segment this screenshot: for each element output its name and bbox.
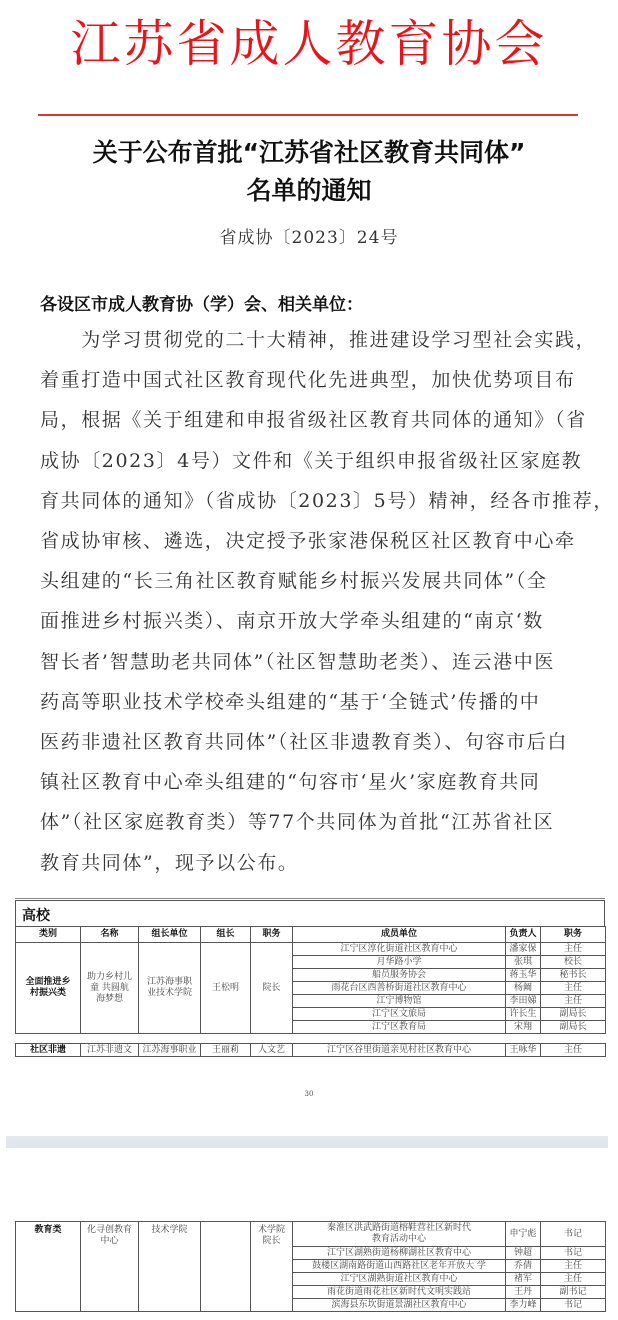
member-role: 主任 (541, 982, 606, 995)
category-cell: 教育类 (16, 1222, 81, 1312)
body-line: 医药非遗社区教育共同体”（社区非遗教育类）、句容市后白 (40, 730, 588, 754)
member-role: 书记 (541, 1299, 606, 1312)
salutation: 各设区市成人教育协（学）会、相关单位： (40, 290, 363, 315)
member-unit: 鼓楼区湖南路街道山西路社区老年开放大 学 (293, 1260, 506, 1273)
member-person: 潘家保 (506, 943, 541, 956)
community-name-cell: 助力乡村儿童 共圆航海梦想 (81, 943, 139, 1034)
body-line: 省成协审核、遴选，决定授予张家港保税区社区教育中心牵 (40, 529, 588, 553)
category-cell: 全面推进乡村振兴类 (16, 943, 81, 1034)
member-role: 书记 (541, 1247, 606, 1260)
member-unit: 秦淮区洪武路街道榕鞋营社区新时代教育活动中心 (293, 1222, 506, 1247)
member-unit: 月华路小学 (293, 956, 506, 969)
leader-cell: 王丽莉 (201, 1044, 251, 1057)
member-role: 秘书长 (541, 969, 606, 982)
member-person: 申宁彪 (506, 1222, 541, 1247)
header-leader: 组长 (201, 927, 251, 943)
member-role: 副局长 (541, 1008, 606, 1021)
body-line: 头组建的“长三角社区教育赋能乡村振兴发展共同体”（全 (40, 569, 588, 593)
member-role: 主任 (541, 1044, 606, 1057)
position-cell: 院长 (251, 943, 293, 1034)
member-person: 乔倩 (506, 1260, 541, 1273)
community-table-education: 教育类 化寻创教育中心 技术学院 术学院院长 秦淮区洪武路街道榕鞋营社区新时代教… (15, 1221, 606, 1312)
member-role: 副书记 (541, 1286, 606, 1299)
community-name-cell: 化寻创教育中心 (81, 1222, 139, 1312)
member-person: 王咏华 (506, 1044, 541, 1057)
body-line: 镇社区教育中心牵头组建的“句容市‘星火’家庭教育共同 (40, 770, 588, 794)
header-member-position: 职务 (541, 927, 606, 943)
body-line: 局，根据《关于组建和申报省级社区教育共同体的通知》（省 (40, 408, 588, 432)
member-role: 书记 (541, 1222, 606, 1247)
member-person: 李力峰 (506, 1299, 541, 1312)
member-person: 钟超 (506, 1247, 541, 1260)
header-category: 类别 (16, 927, 81, 943)
member-unit: 江宁区文旅局 (293, 1008, 506, 1021)
page-separator (6, 1136, 608, 1148)
body-line: 育共同体的通知》（省成协〔2023〕5号）精神，经各市推荐， (40, 489, 588, 513)
member-role: 主任 (541, 1260, 606, 1273)
member-role: 副局长 (541, 1021, 606, 1034)
table-row: 社区非遗 江苏非遗文 江苏海事职业 王丽莉 人文艺 江宁区谷里街道亲见村社区教育… (16, 1044, 606, 1057)
page-number: 30 (0, 1090, 618, 1098)
notice-title-line-2: 名单的通知 (0, 171, 618, 207)
header-name: 名称 (81, 927, 139, 943)
member-person: 许长生 (506, 1008, 541, 1021)
header-position: 职务 (251, 927, 293, 943)
member-unit: 江宁区谷里街道亲见村社区教育中心 (293, 1044, 506, 1057)
header-person-in-charge: 负责人 (506, 927, 541, 943)
document-number: 省成协〔2023〕24号 (0, 223, 618, 248)
member-unit: 雨花台区西善桥街道社区教育中心 (293, 982, 506, 995)
member-person: 蒋玉华 (506, 969, 541, 982)
leader-cell (201, 1222, 251, 1312)
cut-off-table-fragment (15, 884, 605, 899)
body-line: 着重打造中国式社区教育现代化先进典型，加快优势项目布 (40, 368, 588, 392)
member-unit: 船员服务协会 (293, 969, 506, 982)
leader-cell: 王松明 (201, 943, 251, 1034)
member-role: 主任 (541, 1273, 606, 1286)
body-line: 面推进乡村振兴类）、南京开放大学牵头组建的“南京‘数 (40, 609, 588, 633)
member-unit: 雨花街道雨花社区新时代文明实践站 (293, 1286, 506, 1299)
member-unit: 滨海县东坎街道景湖社区教育中心 (293, 1299, 506, 1312)
red-divider (38, 114, 578, 116)
member-person: 宋翔 (506, 1021, 541, 1034)
community-table-next-row: 社区非遗 江苏非遗文 江苏海事职业 王丽莉 人文艺 江宁区谷里街道亲见村社区教育… (15, 1043, 606, 1057)
member-person: 王丹 (506, 1286, 541, 1299)
member-role: 校长 (541, 956, 606, 969)
body-line: 为学习贯彻党的二十大精神，推进建设学习型社会实践， (40, 328, 588, 352)
member-unit: 江宁博物馆 (293, 995, 506, 1008)
member-unit: 江宁区湖熟街道杨柳湖社区教育中心 (293, 1247, 506, 1260)
organization-title: 江苏省成人教育协会 (0, 14, 618, 74)
header-lead-unit: 组长单位 (139, 927, 201, 943)
member-role: 主任 (541, 995, 606, 1008)
notice-title-line-1: 关于公布首批“江苏省社区教育共同体” (0, 133, 618, 169)
member-unit: 江宁区湖熟街道社区教育中心 (293, 1273, 506, 1286)
table-header-row: 类别 名称 组长单位 组长 职务 成员单位 负责人 职务 (16, 927, 606, 943)
lead-unit-cell: 江苏海事职业 (139, 1044, 201, 1057)
lead-unit-cell: 技术学院 (139, 1222, 201, 1312)
community-name-cell: 江苏非遗文 (81, 1044, 139, 1057)
body-line: 教育共同体”，现予以公布。 (40, 851, 588, 875)
member-unit: 江宁区淳化街道社区教育中心 (293, 943, 506, 956)
body-line: 成协〔2023〕4号）文件和《关于组织申报省级社区家庭教 (40, 449, 588, 473)
member-person: 张琪 (506, 956, 541, 969)
category-cell: 社区非遗 (16, 1044, 81, 1057)
lead-unit-cell: 江苏海事职业技术学院 (139, 943, 201, 1034)
body-line: 智长者’智慧助老共同体”（社区智慧助老类）、连云港中医 (40, 650, 588, 674)
member-role: 主任 (541, 943, 606, 956)
body-line: 药高等职业技术学校牵头组建的“基于‘全链式’传播的中 (40, 690, 588, 714)
position-cell: 人文艺 (251, 1044, 293, 1057)
section-heading: 高校 (15, 900, 605, 926)
position-cell: 术学院院长 (251, 1222, 293, 1312)
community-table-universities: 类别 名称 组长单位 组长 职务 成员单位 负责人 职务 全面推进乡村振兴类 助… (15, 926, 606, 1034)
table-row: 教育类 化寻创教育中心 技术学院 术学院院长 秦淮区洪武路街道榕鞋营社区新时代教… (16, 1222, 606, 1247)
member-person: 李田娣 (506, 995, 541, 1008)
body-line: 体”（社区家庭教育类）等77个共同体为首批“江苏省社区 (40, 810, 588, 834)
member-person: 杨阚 (506, 982, 541, 995)
table-row: 全面推进乡村振兴类 助力乡村儿童 共圆航海梦想 江苏海事职业技术学院 王松明 院… (16, 943, 606, 956)
member-unit: 江宁区教育局 (293, 1021, 506, 1034)
member-person: 褚军 (506, 1273, 541, 1286)
header-member-unit: 成员单位 (293, 927, 506, 943)
